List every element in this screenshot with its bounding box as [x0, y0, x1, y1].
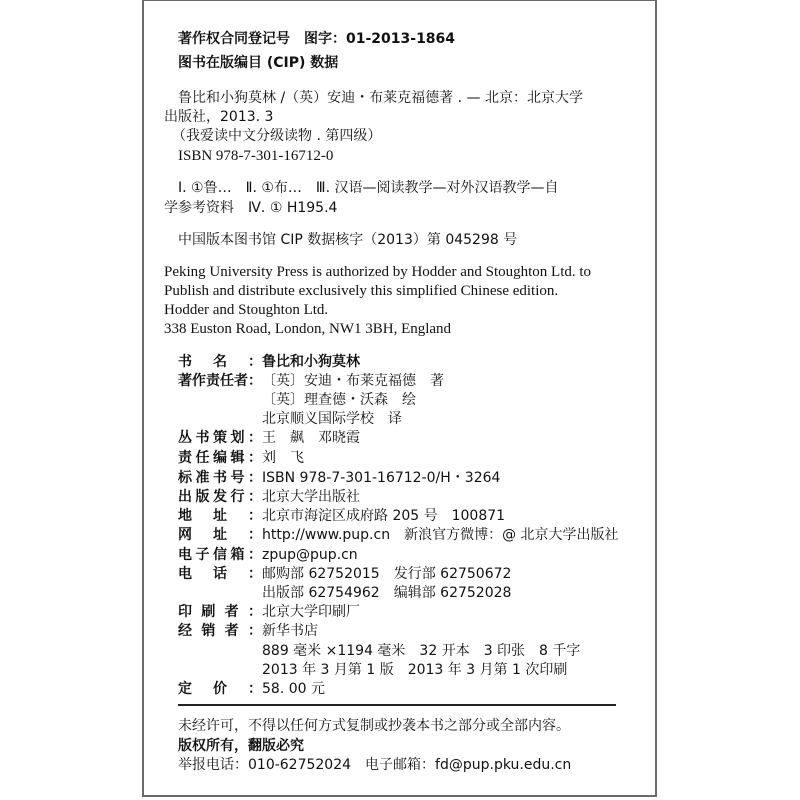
- cip-classification-1: Ⅰ. ①鲁… Ⅱ. ①布… Ⅲ. 汉语—阅读教学—对外汉语教学—自: [178, 179, 558, 197]
- separator-line: [178, 704, 616, 706]
- address-row: 地址：北京市海淀区成府路 205 号 100871: [178, 507, 505, 525]
- copy-notice: 未经许可，不得以任何方式复制或抄袭本书之部分或全部内容。: [178, 717, 570, 735]
- author-2: 〔英〕理查德・沃森 绘: [262, 391, 416, 409]
- authors-row: 著作责任者：〔英〕安迪・布莱克福德 著: [178, 372, 444, 390]
- printer-label: 印刷者：: [178, 603, 262, 621]
- author-3: 北京顺义国际学校 译: [262, 410, 402, 428]
- printer-value: 北京大学印刷厂: [262, 603, 360, 621]
- planner-label: 丛书策划：: [178, 429, 262, 447]
- author-1: 〔英〕安迪・布莱克福德 著: [262, 372, 444, 390]
- planner-value: 王 飙 邓晓霞: [262, 429, 360, 447]
- distributor-value: 新华书店: [262, 622, 318, 640]
- copyright-registration: 著作权合同登记号 图字：01-2013-1864: [178, 30, 455, 48]
- editor-label: 责任编辑：: [178, 449, 262, 467]
- cip-isbn: ISBN 978-7-301-16712-0: [178, 147, 333, 165]
- license-line-1: Peking University Press is authorized by…: [164, 263, 591, 281]
- price-label: 定价：: [178, 680, 262, 698]
- email-label: 电子信箱：: [178, 546, 262, 564]
- report-contact: 举报电话：010-62752024 电子邮箱：fd@pup.pku.edu.cn: [178, 756, 571, 774]
- phone-line-2: 出版部 62754962 编辑部 62752028: [262, 584, 511, 602]
- phone-row: 电话：邮购部 62752015 发行部 62750672: [178, 565, 511, 583]
- publisher-row: 出版发行：北京大学出版社: [178, 488, 360, 506]
- address-value: 北京市海淀区成府路 205 号 100871: [262, 507, 505, 525]
- website-value: http://www.pup.cn 新浪官方微博：@ 北京大学出版社: [262, 526, 619, 544]
- price-value: 58. 00 元: [262, 680, 325, 698]
- license-line-2: Publish and distribute exclusively this …: [164, 282, 558, 300]
- isbn-label: 标准书号：: [178, 469, 262, 487]
- book-title-value: 鲁比和小狗莫林: [262, 353, 360, 371]
- distributor-label: 经销者：: [178, 622, 262, 640]
- book-title-label: 书名：: [178, 353, 262, 371]
- license-line-4: 338 Euston Road, London, NW1 3BH, Englan…: [164, 320, 451, 338]
- copyright-page: 著作权合同登记号 图字：01-2013-1864 图书在版编目 (CIP) 数据…: [142, 0, 657, 797]
- cip-verification: 中国版本图书馆 CIP 数据核字（2013）第 045298 号: [178, 231, 517, 249]
- cip-classification-2: 学参考资料 Ⅳ. ① H195.4: [164, 199, 337, 217]
- isbn-row: 标准书号：ISBN 978-7-301-16712-0/H・3264: [178, 469, 500, 487]
- address-label: 地址：: [178, 507, 262, 525]
- publisher-value: 北京大学出版社: [262, 488, 360, 506]
- website-row: 网址：http://www.pup.cn 新浪官方微博：@ 北京大学出版社: [178, 526, 619, 544]
- email-row: 电子信箱：zpup@pup.cn: [178, 546, 358, 564]
- book-title-row: 书名：鲁比和小狗莫林: [178, 353, 360, 371]
- planner-row: 丛书策划：王 飙 邓晓霞: [178, 429, 360, 447]
- website-label: 网址：: [178, 526, 262, 544]
- editor-row: 责任编辑：刘 飞: [178, 449, 304, 467]
- rights-reserved: 版权所有，翻版必究: [178, 737, 304, 755]
- cip-heading: 图书在版编目 (CIP) 数据: [178, 54, 338, 72]
- editor-value: 刘 飞: [262, 449, 304, 467]
- cip-line-2: 出版社，2013. 3: [164, 108, 273, 126]
- cip-line-1: 鲁比和小狗莫林 /（英）安迪・布莱克福德著 . — 北京：北京大学: [178, 89, 583, 107]
- price-row: 定价：58. 00 元: [178, 680, 325, 698]
- edition-line: 2013 年 3 月第 1 版 2013 年 3 月第 1 次印刷: [262, 661, 567, 679]
- distributor-row: 经销者：新华书店: [178, 622, 318, 640]
- printer-row: 印刷者：北京大学印刷厂: [178, 603, 360, 621]
- phone-line-1: 邮购部 62752015 发行部 62750672: [262, 565, 511, 583]
- cip-series: （我爱读中文分级读物 . 第四级）: [172, 127, 381, 145]
- license-line-3: Hodder and Stoughton Ltd.: [164, 301, 328, 319]
- phone-label: 电话：: [178, 565, 262, 583]
- email-value: zpup@pup.cn: [262, 546, 358, 564]
- publisher-label: 出版发行：: [178, 488, 262, 506]
- isbn-value: ISBN 978-7-301-16712-0/H・3264: [262, 469, 500, 487]
- authors-label: 著作责任者：: [178, 372, 262, 390]
- format-line: 889 毫米 ×1194 毫米 32 开本 3 印张 8 千字: [262, 642, 580, 660]
